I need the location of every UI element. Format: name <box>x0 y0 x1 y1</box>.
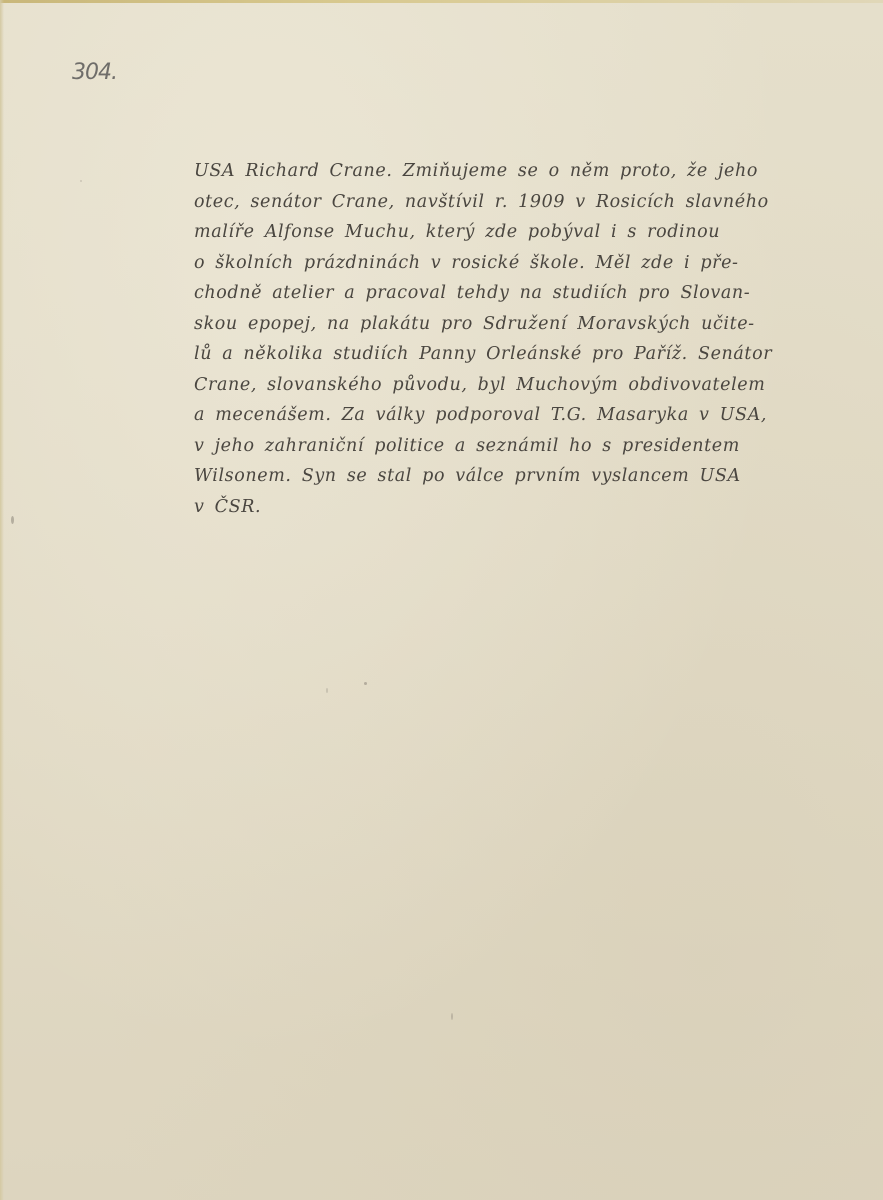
text-line: otec, senátor Crane, navštívil r. 1909 v… <box>194 187 834 218</box>
text-line: v ČSR. <box>194 492 834 523</box>
paper-speck <box>364 682 367 685</box>
text-line: Wilsonem. Syn se stal po válce prvním vy… <box>194 461 834 492</box>
text-line: chodně atelier a pracoval tehdy na studi… <box>194 278 834 309</box>
text-line: v jeho zahraniční politice a seznámil ho… <box>194 431 834 462</box>
paper-speck <box>80 180 82 182</box>
paper-speck <box>326 688 328 693</box>
text-line: a mecenášem. Za války podporoval T.G. Ma… <box>194 400 834 431</box>
scanned-page: 304. USA Richard Crane. Zmiňujeme se o n… <box>0 0 883 1200</box>
paper-speck <box>451 1013 453 1020</box>
page-left-edge <box>0 0 4 1200</box>
text-line: skou epopej, na plakátu pro Sdružení Mor… <box>194 309 834 340</box>
text-line: USA Richard Crane. Zmiňujeme se o něm pr… <box>194 156 834 187</box>
page-top-edge <box>0 0 883 3</box>
text-line: malíře Alfonse Muchu, který zde pobýval … <box>194 217 834 248</box>
page-number: 304. <box>72 60 117 85</box>
text-line: lů a několika studiích Panny Orleánské p… <box>194 339 834 370</box>
text-line: Crane, slovanského původu, byl Muchovým … <box>194 370 834 401</box>
handwritten-text-block: USA Richard Crane. Zmiňujeme se o něm pr… <box>194 156 834 522</box>
text-line: o školních prázdninách v rosické škole. … <box>194 248 834 279</box>
paper-speck <box>11 516 14 524</box>
